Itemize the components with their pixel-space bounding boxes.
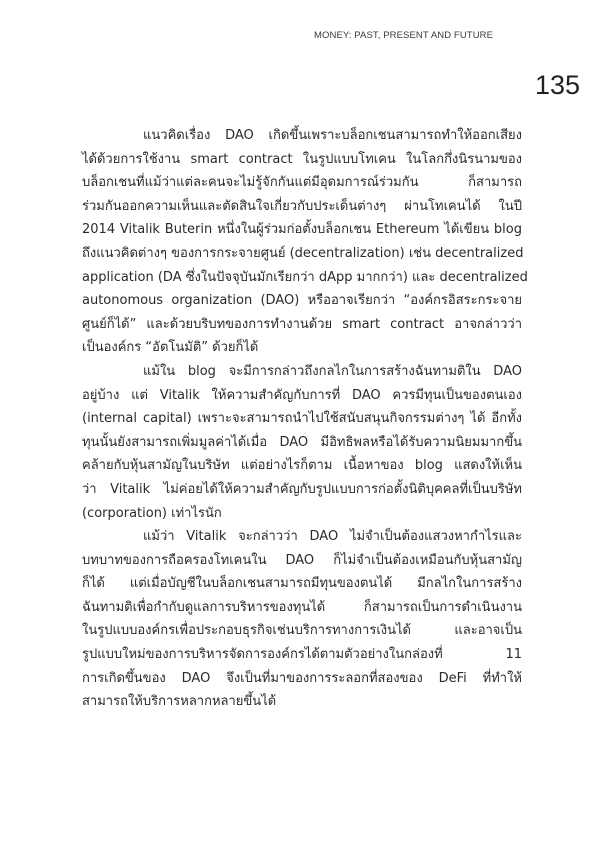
running-head: MONEY: PAST, PRESENT AND FUTURE bbox=[314, 30, 493, 41]
text-line: ศูนย์ก็ได้” และด้วยบริบทของการทำงานด้วย … bbox=[82, 313, 522, 337]
page-number: 135 bbox=[535, 70, 580, 101]
text-line: application (DA ซึ่งในปัจจุบันมักเรียกว่… bbox=[82, 266, 522, 290]
text-line: บทบาทของการถือครองโทเคนใน DAO ก็ไม่จำเป็… bbox=[82, 549, 522, 573]
text-line: บล็อกเชนที่แม้ว่าแต่ละคนจะไม่รู้จักกันแต… bbox=[82, 171, 522, 195]
paragraph-1: แนวคิดเรื่อง DAO เกิดขึ้นเพราะบล็อกเชนสา… bbox=[82, 124, 522, 360]
text-line: ทุนนั้นยังสามารถเพิ่มมูลค่าได้เมื่อ DAO … bbox=[82, 431, 522, 455]
text-line: autonomous organization (DAO) หรืออาจเรี… bbox=[82, 289, 522, 313]
paragraph-3: แม้ว่า Vitalik จะกล่าวว่า DAO ไม่จำเป็นต… bbox=[82, 525, 522, 714]
text-line: (internal capital) เพราะจะสามารถนำไปใช้ส… bbox=[82, 407, 522, 431]
paragraph-2: แม้ใน blog จะมีการกล่าวถึงกลไกในการสร้าง… bbox=[82, 360, 522, 525]
text-line: แม้ว่า Vitalik จะกล่าวว่า DAO ไม่จำเป็นต… bbox=[82, 525, 522, 549]
text-line: (corporation) เท่าไรนัก bbox=[82, 502, 522, 526]
text-line: เป็นองค์กร “อัตโนมัติ” ด้วยก็ได้ bbox=[82, 336, 522, 360]
text-line: อยู่บ้าง แต่ Vitalik ให้ความสำคัญกับการท… bbox=[82, 384, 522, 408]
text-line: ในรูปแบบองค์กรเพื่อประกอบธุรกิจเช่นบริกา… bbox=[82, 619, 522, 643]
text-line: ว่า Vitalik ไม่ค่อยได้ให้ความสำคัญกับรูป… bbox=[82, 478, 522, 502]
text-line: ร่วมกันออกความเห็นและตัดสินใจเกี่ยวกับปร… bbox=[82, 195, 522, 219]
text-line: ก็ได้ แต่เมื่อบัญชีในบล็อกเชนสามารถมีทุน… bbox=[82, 572, 522, 596]
text-line: สามารถให้บริการหลากหลายขึ้นได้ bbox=[82, 690, 522, 714]
text-line: แนวคิดเรื่อง DAO เกิดขึ้นเพราะบล็อกเชนสา… bbox=[82, 124, 522, 148]
text-line: ถึงแนวคิดต่างๆ ของการกระจายศูนย์ (decent… bbox=[82, 242, 522, 266]
text-line: การเกิดขึ้นของ DAO จึงเป็นที่มาของการระล… bbox=[82, 667, 522, 691]
text-line: คล้ายกับหุ้นสามัญในบริษัท แต่อย่างไรก็ตา… bbox=[82, 454, 522, 478]
text-line: แม้ใน blog จะมีการกล่าวถึงกลไกในการสร้าง… bbox=[82, 360, 522, 384]
text-line: รูปแบบใหม่ของการบริหารจัดการองค์กรได้ตาม… bbox=[82, 643, 522, 667]
text-line: ได้ด้วยการใช้งาน smart contract ในรูปแบบ… bbox=[82, 148, 522, 172]
body-text: แนวคิดเรื่อง DAO เกิดขึ้นเพราะบล็อกเชนสา… bbox=[82, 124, 522, 714]
text-line: 2014 Vitalik Buterin หนึ่งในผู้ร่วมก่อตั… bbox=[82, 218, 522, 242]
text-line: ฉันทามติเพื่อกำกับดูแลการบริหารของทุนได้… bbox=[82, 596, 522, 620]
